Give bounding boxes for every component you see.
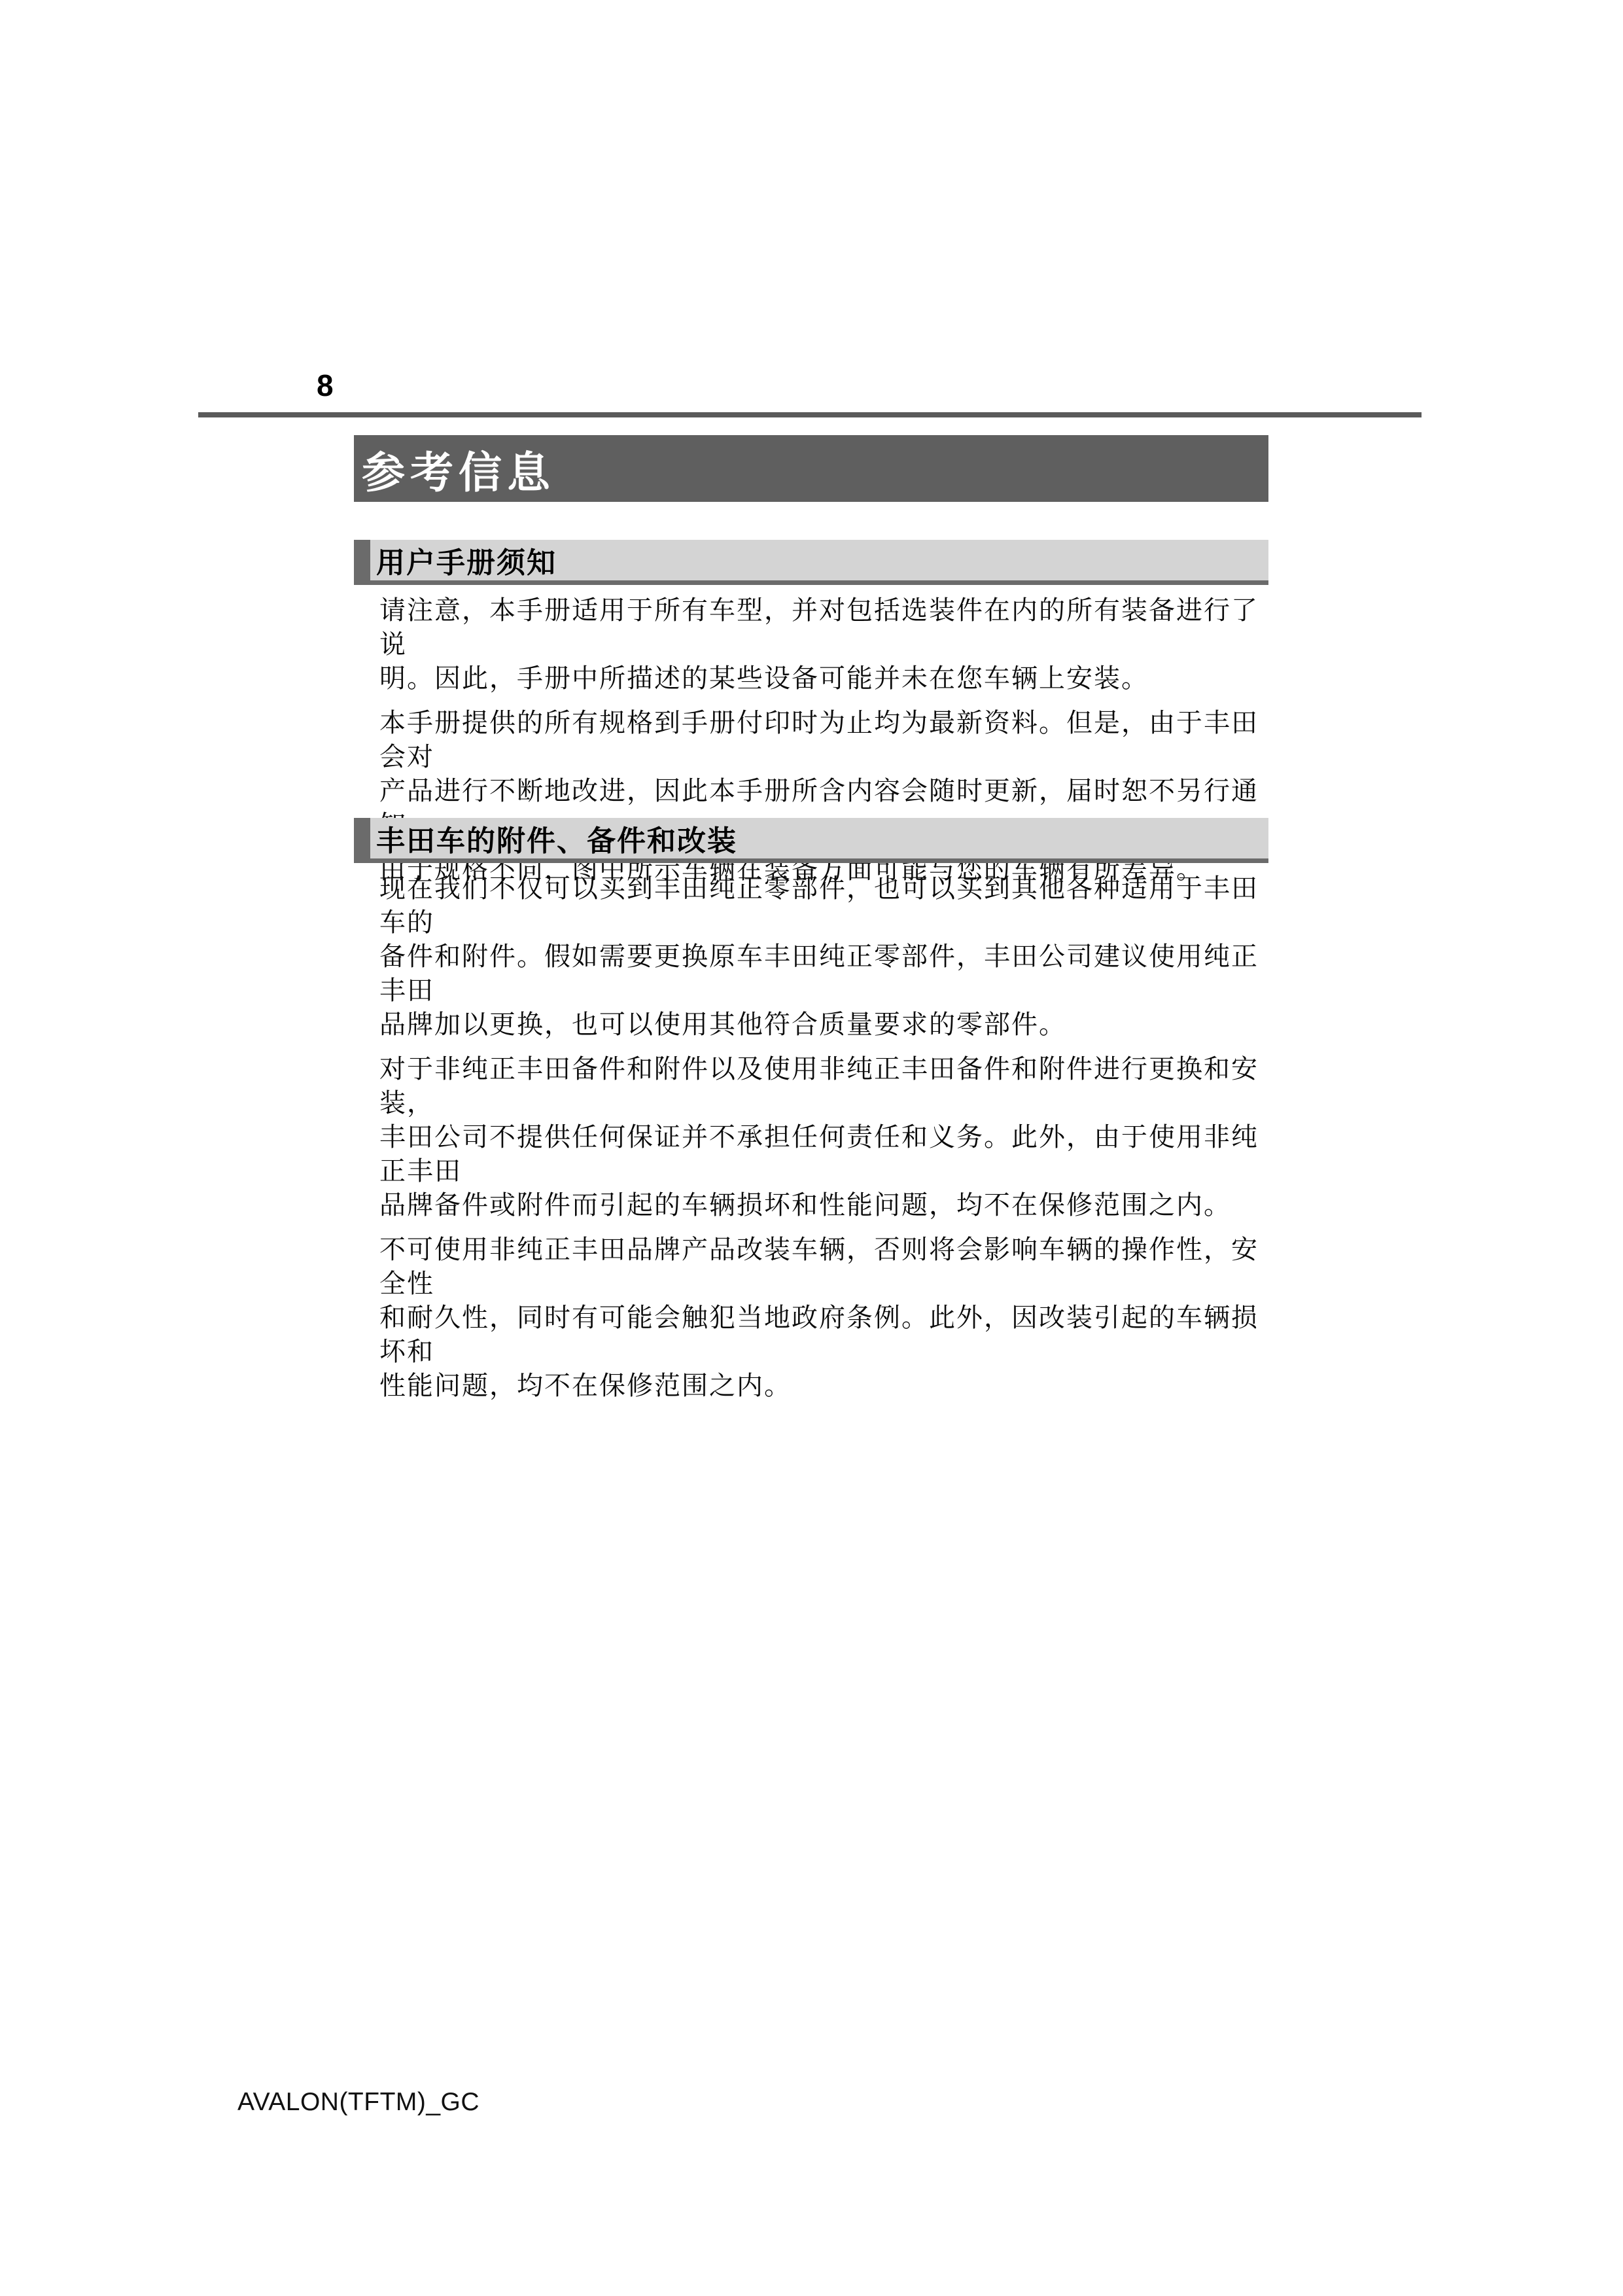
section-heading-text: 丰田车的附件、备件和改装 [376, 817, 737, 859]
section-heading-text: 用户手册须知 [376, 539, 557, 581]
paragraph: 请注意，本手册适用于所有车型，并对包括选装件在内的所有装备进行了说 明。因此，手… [379, 593, 1268, 696]
section-heading: 用户手册须知 [354, 540, 1268, 585]
section-heading: 丰田车的附件、备件和改装 [354, 818, 1268, 863]
footer-document-code: AVALON(TFTM)_GC [237, 2087, 480, 2117]
section-accessories-spare-parts-modification: 丰田车的附件、备件和改装 现在我们不仅可以买到丰田纯正零部件，也可以买到其他各种… [354, 818, 1268, 1413]
chapter-title: 参考信息 [362, 438, 555, 500]
section-body: 现在我们不仅可以买到丰田纯正零部件，也可以买到其他各种适用于丰田车的 备件和附件… [354, 872, 1268, 1403]
paragraph: 对于非纯正丰田备件和附件以及使用非纯正丰田备件和附件进行更换和安装， 丰田公司不… [379, 1052, 1268, 1222]
header-rule [198, 412, 1422, 417]
page-number: 8 [317, 370, 334, 400]
paragraph: 现在我们不仅可以买到丰田纯正零部件，也可以买到其他各种适用于丰田车的 备件和附件… [379, 872, 1268, 1042]
paragraph: 不可使用非纯正丰田品牌产品改装车辆，否则将会影响车辆的操作性，安全性 和耐久性，… [379, 1233, 1268, 1403]
chapter-banner: 参考信息 [354, 435, 1268, 502]
manual-page: 8 参考信息 用户手册须知 请注意，本手册适用于所有车型，并对包括选装件在内的所… [0, 0, 1623, 2296]
